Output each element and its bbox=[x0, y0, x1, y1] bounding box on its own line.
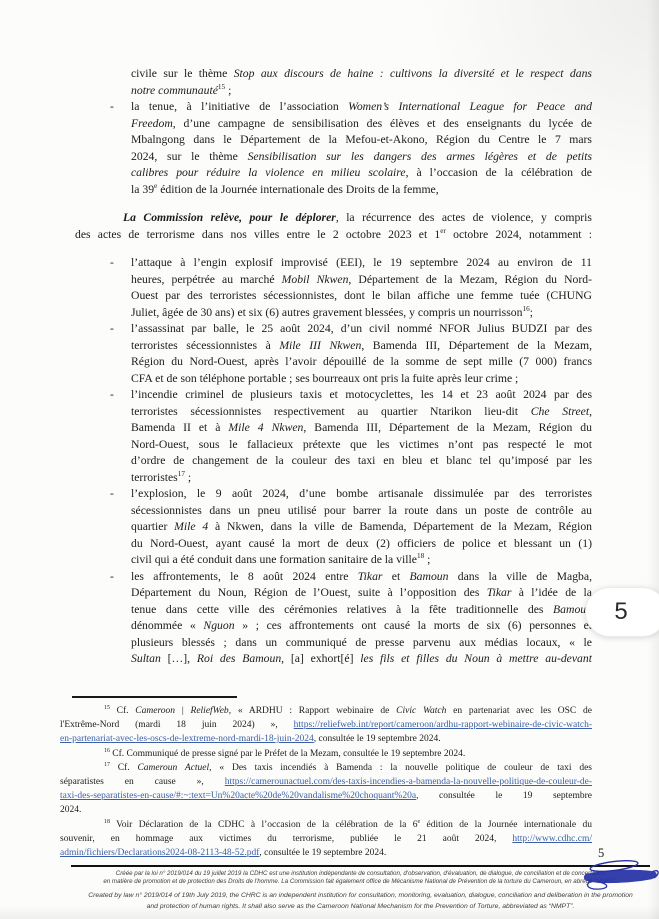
text-line: calibres pour réduire la violence en mil… bbox=[131, 165, 592, 182]
text-run: les fils et filles du Noun à mettre au-d… bbox=[360, 652, 592, 665]
document-body: civile sur le thème Stop aux discours de… bbox=[75, 66, 592, 668]
text-line: 15 Cf. Cameroon | ReliefWeb, « ARDHU : R… bbox=[60, 704, 592, 718]
text-line: d’ordre de changement de la couleur des … bbox=[131, 453, 592, 470]
text-run: , « ARDHU : Rapport webinaire de bbox=[229, 706, 396, 716]
text-line: séparatistes en cause », https://camerou… bbox=[60, 775, 592, 789]
footer-english-line-1: Created by law n° 2019/014 of 19th July … bbox=[71, 891, 650, 902]
text-run: terroristes sécessionnistes respectiveme… bbox=[131, 405, 531, 418]
text-run: l’assassinat par balle, le 25 août 2024,… bbox=[131, 322, 592, 335]
text-run: Voir Déclaration de la CDHC à l’occasion… bbox=[110, 820, 418, 830]
text-run: ReliefWeb bbox=[191, 706, 229, 716]
text-run: Nord-Ouest, sous le fallacieux prétexte … bbox=[131, 438, 592, 451]
text-run: Sensibilisation sur les dangers des arme… bbox=[248, 150, 592, 163]
text-run: l'Extrême-Nord (mardi 18 juin 2024) », bbox=[60, 720, 294, 730]
text-run: séparatistes en cause », bbox=[60, 777, 225, 787]
text-run: Cf. Communiqué de presse signé par le Pr… bbox=[110, 749, 465, 759]
bullet-dash: - bbox=[110, 486, 114, 503]
bullet-item-eei-attack: -l’attaque à l’engin explosif improvisé … bbox=[131, 255, 592, 321]
text-run: Cameroun Actuel bbox=[137, 763, 209, 773]
text-line: souvenir, en hommage aux victimes du ter… bbox=[60, 832, 592, 846]
text-run: , la récurrence des actes de violence, y… bbox=[336, 211, 592, 224]
text-run: , Bamenda III, Département de la Mezam, bbox=[361, 339, 592, 352]
text-run: ; bbox=[185, 471, 191, 484]
text-run: Cf. bbox=[110, 706, 135, 716]
footer-french-line-2: en matière de promotion et de protection… bbox=[71, 878, 650, 886]
text-run: heures, perpétrée au marché bbox=[131, 273, 282, 286]
text-run: Cf. bbox=[110, 763, 138, 773]
footnote-link[interactable]: admin/fichiers/Declarations2024-08-2113-… bbox=[60, 848, 259, 858]
text-run: ; bbox=[424, 553, 430, 566]
text-run: Sultan bbox=[131, 652, 161, 665]
text-run: civile sur le thème bbox=[131, 67, 234, 80]
text-run: 2024, sur le thème bbox=[131, 150, 248, 163]
footnote-link[interactable]: taxi-des-separatistes-en-cause/#:~:text=… bbox=[60, 791, 416, 801]
text-run: Juliet, âgée de 30 ans) et six (6) autre… bbox=[131, 306, 522, 319]
bullet-dash: - bbox=[110, 255, 114, 272]
text-line: 18 Voir Déclaration de la CDHC à l’occas… bbox=[60, 818, 592, 832]
text-line: notre communauté15 ; bbox=[131, 83, 592, 100]
footnote-15: 15 Cf. Cameroon | ReliefWeb, « ARDHU : R… bbox=[60, 704, 592, 747]
text-run: notre communauté bbox=[131, 84, 218, 97]
text-run: édition de la Journée internationale des… bbox=[157, 183, 438, 196]
text-run: , consultée le 19 septembre 2024. bbox=[259, 848, 386, 858]
text-line: civil qui a été conduit dans une formati… bbox=[131, 552, 592, 569]
text-line: Ouest par des terroristes sécessionniste… bbox=[131, 288, 592, 305]
scan-shadow-bottom-edge bbox=[0, 905, 659, 919]
bullet-item-affrontements: -les affrontements, le 8 août 2024 entre… bbox=[131, 569, 592, 668]
paragraph-commission-releve: La Commission relève, pour le déplorer, … bbox=[75, 210, 592, 243]
footnote-link[interactable]: en-partenariat-avec-les-oscs-de-lextreme… bbox=[60, 734, 314, 744]
page-indicator-number: 5 bbox=[614, 598, 627, 626]
signature-scribble bbox=[580, 857, 659, 893]
text-run: en partenariat avec les OSC de bbox=[446, 706, 592, 716]
text-run: Mobil Nkwen bbox=[282, 273, 349, 286]
text-line: tenue dans cette ville des cérémonies re… bbox=[131, 602, 592, 619]
text-run: Civic Watch bbox=[396, 706, 446, 716]
text-run: Che Street bbox=[531, 405, 589, 418]
text-run: , Bamenda III, Département de la Mezam, … bbox=[303, 421, 592, 434]
text-run: souvenir, en hommage aux victimes du ter… bbox=[60, 834, 512, 844]
text-run: sécessionnistes dans un pneu utilisé pou… bbox=[131, 504, 592, 517]
text-run: Bamoun bbox=[410, 570, 449, 583]
text-run: , consultée le 19 septembre bbox=[416, 791, 592, 801]
text-run: , consultée le 19 septembre 2024. bbox=[314, 734, 441, 744]
text-run: tenue dans cette ville des cérémonies re… bbox=[131, 603, 553, 616]
text-line: Mbalngong dans le Département de la Mefo… bbox=[131, 132, 592, 149]
text-line: quartier Mile 4 à Nkwen, dans la ville d… bbox=[131, 519, 592, 536]
bullet-item-women-league: -la tenue, à l’initiative de l’associati… bbox=[131, 99, 592, 198]
text-line: les affrontements, le 8 août 2024 entre … bbox=[131, 569, 592, 586]
text-run: Région du Nord-Ouest, après l’avoir dépo… bbox=[131, 355, 592, 368]
text-line: 17 Cf. Cameroun Actuel, « Des taxis ince… bbox=[60, 761, 592, 775]
bullet-item-assassinat: -l’assassinat par balle, le 25 août 2024… bbox=[131, 321, 592, 387]
text-run: » ; ces affrontements ont causé la morts… bbox=[235, 619, 592, 632]
text-run: la tenue, à l’initiative de l’associatio… bbox=[131, 100, 348, 113]
text-run: , « Des taxis incendiés à Bamenda : la n… bbox=[209, 763, 592, 773]
text-line: Région du Nord-Ouest, après l’avoir dépo… bbox=[131, 354, 592, 371]
text-run: Nguon bbox=[203, 619, 234, 632]
text-run: ; bbox=[530, 306, 533, 319]
superscript-ref: 16 bbox=[522, 305, 529, 313]
text-run: , à l’occasion de la célébration de bbox=[406, 166, 592, 179]
text-run: ; bbox=[225, 84, 231, 97]
footnote-separator bbox=[72, 696, 237, 698]
text-run: Stop aux discours de haine : cultivons l… bbox=[234, 67, 592, 80]
page-indicator-pill: 5 bbox=[585, 587, 659, 637]
text-run: et bbox=[382, 570, 409, 583]
text-line: CFA et de son téléphone portable ; ses b… bbox=[131, 371, 592, 388]
text-line: heures, perpétrée au marché Mobil Nkwen,… bbox=[131, 272, 592, 289]
text-run: dénommée « bbox=[131, 619, 203, 632]
text-run: Département du Noun, Région de l’Ouest, … bbox=[131, 586, 487, 599]
text-run: 2024. bbox=[60, 805, 81, 815]
text-run: plusieurs blessés ; dans un communiqué d… bbox=[131, 636, 592, 649]
footnote-link[interactable]: https://reliefweb.int/report/cameroon/ar… bbox=[294, 720, 592, 730]
text-run: l’incendie criminel de plusieurs taxis e… bbox=[131, 388, 592, 401]
footnote-18: 18 Voir Déclaration de la CDHC à l’occas… bbox=[60, 818, 592, 861]
text-line: terroristes17 ; bbox=[131, 470, 592, 487]
footnote-17: 17 Cf. Cameroun Actuel, « Des taxis ince… bbox=[60, 761, 592, 818]
text-run: Freedom bbox=[131, 117, 173, 130]
text-line: l’explosion, le 9 août 2024, d’une bombe… bbox=[131, 486, 592, 503]
scan-shadow-right-edge bbox=[647, 0, 659, 919]
text-run: Tikar bbox=[487, 586, 512, 599]
text-line: dénommée « Nguon » ; ces affrontements o… bbox=[131, 618, 592, 635]
text-run: Roi des Bamoun, bbox=[197, 652, 284, 665]
text-run: l’explosion, le 9 août 2024, d’une bombe… bbox=[131, 487, 592, 500]
text-line: Nord-Ouest, sous le fallacieux prétexte … bbox=[131, 437, 592, 454]
text-run: à Nkwen, dans la ville de Bamenda, Dépar… bbox=[208, 520, 592, 533]
text-run: édition de la Journée internationale du bbox=[420, 820, 592, 830]
text-run: calibres pour réduire la violence en mil… bbox=[131, 166, 406, 179]
footer-rule bbox=[71, 865, 650, 867]
text-run: terroristes sécessionnistes à bbox=[131, 339, 279, 352]
bullet-dash: - bbox=[110, 99, 114, 116]
text-run: […], bbox=[161, 652, 197, 665]
footnote-link[interactable]: http://www.cdhc.cm/ bbox=[512, 834, 592, 844]
text-line: 2024, sur le thème Sensibilisation sur l… bbox=[131, 149, 592, 166]
text-line: plusieurs blessés ; dans un communiqué d… bbox=[131, 635, 592, 652]
text-run: quartier bbox=[131, 520, 174, 533]
text-run: civil qui a été conduit dans une formati… bbox=[131, 553, 417, 566]
text-line: des actes de terrorisme dans nos villes … bbox=[75, 227, 592, 244]
text-run: des actes de terrorisme dans nos villes … bbox=[75, 228, 440, 241]
text-line: l'Extrême-Nord (mardi 18 juin 2024) », h… bbox=[60, 718, 592, 732]
superscript-ref: 17 bbox=[178, 470, 185, 478]
footnotes-block: 15 Cf. Cameroon | ReliefWeb, « ARDHU : R… bbox=[60, 704, 592, 860]
text-run: CFA et de son téléphone portable ; ses b… bbox=[131, 372, 518, 385]
text-run: [a] exhort[é] bbox=[284, 652, 360, 665]
text-line: la tenue, à l’initiative de l’associatio… bbox=[131, 99, 592, 116]
text-run: , Département de la Mezam, Région du Nor… bbox=[348, 273, 592, 286]
text-run: dans la ville de Magba, bbox=[448, 570, 592, 583]
text-line: terroristes sécessionnistes respectiveme… bbox=[131, 404, 592, 421]
footnote-16: 16 Cf. Communiqué de presse signé par le… bbox=[60, 747, 592, 761]
text-run: octobre 2024, notamment : bbox=[446, 228, 592, 241]
text-run: d’ordre de changement de la couleur des … bbox=[131, 454, 592, 467]
text-run: Ouest par des terroristes sécessionniste… bbox=[131, 289, 592, 302]
text-line: l’attaque à l’engin explosif improvisé (… bbox=[131, 255, 592, 272]
bullet-dash: - bbox=[110, 387, 114, 404]
text-line: Sultan […], Roi des Bamoun, [a] exhort[é… bbox=[131, 651, 592, 668]
bullet-item-explosion: -l’explosion, le 9 août 2024, d’une bomb… bbox=[131, 486, 592, 569]
document-page: civile sur le thème Stop aux discours de… bbox=[0, 0, 659, 919]
text-run: Mile 4 bbox=[174, 520, 208, 533]
footer-french-line-1: Créée par la loi n° 2019/014 du 19 juill… bbox=[71, 870, 650, 878]
text-line: en-partenariat-avec-les-oscs-de-lextreme… bbox=[60, 732, 592, 746]
paragraph-continuation: civile sur le thème Stop aux discours de… bbox=[131, 66, 592, 99]
text-run: du Nord-Ouest, ayant causé la mort de de… bbox=[131, 537, 592, 550]
text-line: admin/fichiers/Declarations2024-08-2113-… bbox=[60, 846, 592, 860]
text-line: Bamenda II et à Mile 4 Nkwen, Bamenda II… bbox=[131, 420, 592, 437]
text-run: , bbox=[589, 405, 592, 418]
text-run: Women’s International League for Peace a… bbox=[348, 100, 592, 113]
text-run: Mile 4 Nkwen bbox=[228, 421, 303, 434]
text-line: taxi-des-separatistes-en-cause/#:~:text=… bbox=[60, 789, 592, 803]
text-line: du Nord-Ouest, ayant causé la mort de de… bbox=[131, 536, 592, 553]
text-line: 2024. bbox=[60, 803, 592, 817]
text-line: Département du Noun, Région de l’Ouest, … bbox=[131, 585, 592, 602]
text-line: La Commission relève, pour le déplorer, … bbox=[75, 210, 592, 227]
text-run: , d’une campagne de sensibilisation des … bbox=[173, 117, 592, 130]
text-run: Tikar bbox=[358, 570, 383, 583]
bullet-dash: - bbox=[110, 321, 114, 338]
text-line: l’incendie criminel de plusieurs taxis e… bbox=[131, 387, 592, 404]
text-run: La Commission relève, pour le déplorer bbox=[123, 211, 336, 224]
text-line: l’assassinat par balle, le 25 août 2024,… bbox=[131, 321, 592, 338]
text-line: sécessionnistes dans un pneu utilisé pou… bbox=[131, 503, 592, 520]
text-line: 16 Cf. Communiqué de presse signé par le… bbox=[60, 747, 592, 761]
footnote-link[interactable]: https://camerounactuel.com/des-taxis-inc… bbox=[225, 777, 592, 787]
text-line: civile sur le thème Stop aux discours de… bbox=[131, 66, 592, 83]
text-run: Cameroon bbox=[135, 706, 175, 716]
text-run: Bamenda II et à bbox=[131, 421, 228, 434]
bullet-dash: - bbox=[110, 569, 114, 586]
text-run: | bbox=[175, 706, 190, 716]
text-run: l’attaque à l’engin explosif improvisé (… bbox=[131, 256, 592, 269]
text-run: Mile III Nkwen bbox=[279, 339, 361, 352]
text-line: terroristes sécessionnistes à Mile III N… bbox=[131, 338, 592, 355]
text-line: la 39e édition de la Journée internation… bbox=[131, 182, 592, 199]
text-line: Juliet, âgée de 30 ans) et six (6) autre… bbox=[131, 305, 592, 322]
text-line: Freedom, d’une campagne de sensibilisati… bbox=[131, 116, 592, 133]
text-run: à l’idée de la bbox=[511, 586, 592, 599]
bullet-item-incendie: -l’incendie criminel de plusieurs taxis … bbox=[131, 387, 592, 486]
text-run: Mbalngong dans le Département de la Mefo… bbox=[131, 133, 592, 146]
text-run: terroristes bbox=[131, 471, 178, 484]
text-run: les affrontements, le 8 août 2024 entre bbox=[131, 570, 358, 583]
text-run: la 39 bbox=[131, 183, 154, 196]
